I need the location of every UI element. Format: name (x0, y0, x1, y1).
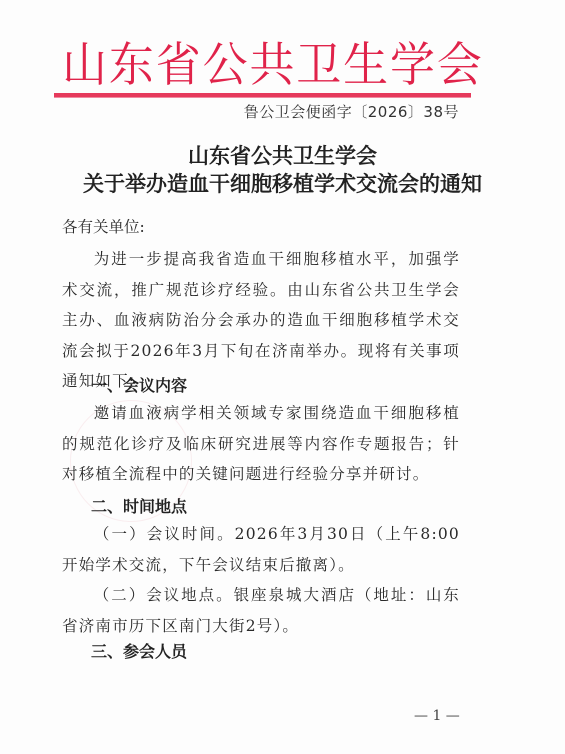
masthead-char: 公 (203, 35, 248, 93)
masthead-char: 山 (62, 35, 107, 93)
section2-item1-paragraph: （一）会议时间。2026年3月30日（上午8:00开始学术交流，下午会议结束后撤… (62, 519, 460, 580)
meeting-time-text: （一）会议时间。2026年3月30日（上午8:00开始学术交流，下午会议结束后撤… (62, 525, 460, 574)
masthead-char: 卫 (296, 35, 341, 93)
section-heading-time-location: 二、时间地点 (91, 495, 187, 519)
section1-text: 邀请血液病学相关领域专家围绕造血干细胞移植的规范化诊疗及临床研究进展等内容作专题… (62, 404, 460, 483)
masthead-char: 东 (109, 35, 154, 93)
masthead-char: 学 (390, 35, 435, 93)
masthead-char: 生 (343, 35, 388, 93)
masthead-char: 省 (156, 35, 201, 93)
document-title-line2: 关于举办造血干细胞移植学术交流会的通知 (0, 170, 565, 198)
document-title-line1: 山东省公共卫生学会 (0, 142, 565, 170)
intro-text: 为进一步提高我省造血干细胞移植水平，加强学术交流，推广规范诊疗经验。由山东省公共… (62, 250, 460, 390)
document-page: 山 东 省 公 共 卫 生 学 会 鲁公卫会便函字〔2026〕38号 山东省公共… (0, 0, 565, 754)
masthead-organization-name: 山 东 省 公 共 卫 生 学 会 (62, 34, 482, 94)
red-divider-line (54, 93, 471, 98)
meeting-location-text: （二）会议地点。银座泉城大酒店（地址：山东省济南市历下区南门大街2号）。 (62, 586, 460, 635)
document-number: 鲁公卫会便函字〔2026〕38号 (244, 102, 459, 122)
section-heading-attendees: 三、参会人员 (91, 640, 187, 664)
masthead-char: 共 (249, 35, 294, 93)
section-heading-meeting-content: 一、会议内容 (91, 374, 187, 398)
masthead-char: 会 (437, 35, 482, 93)
page-number: — 1 — (414, 706, 460, 726)
salutation: 各有关单位: (62, 216, 145, 238)
section1-paragraph: 邀请血液病学相关领域专家围绕造血干细胞移植的规范化诊疗及临床研究进展等内容作专题… (62, 398, 460, 490)
section2-item2-paragraph: （二）会议地点。银座泉城大酒店（地址：山东省济南市历下区南门大街2号）。 (62, 580, 460, 641)
